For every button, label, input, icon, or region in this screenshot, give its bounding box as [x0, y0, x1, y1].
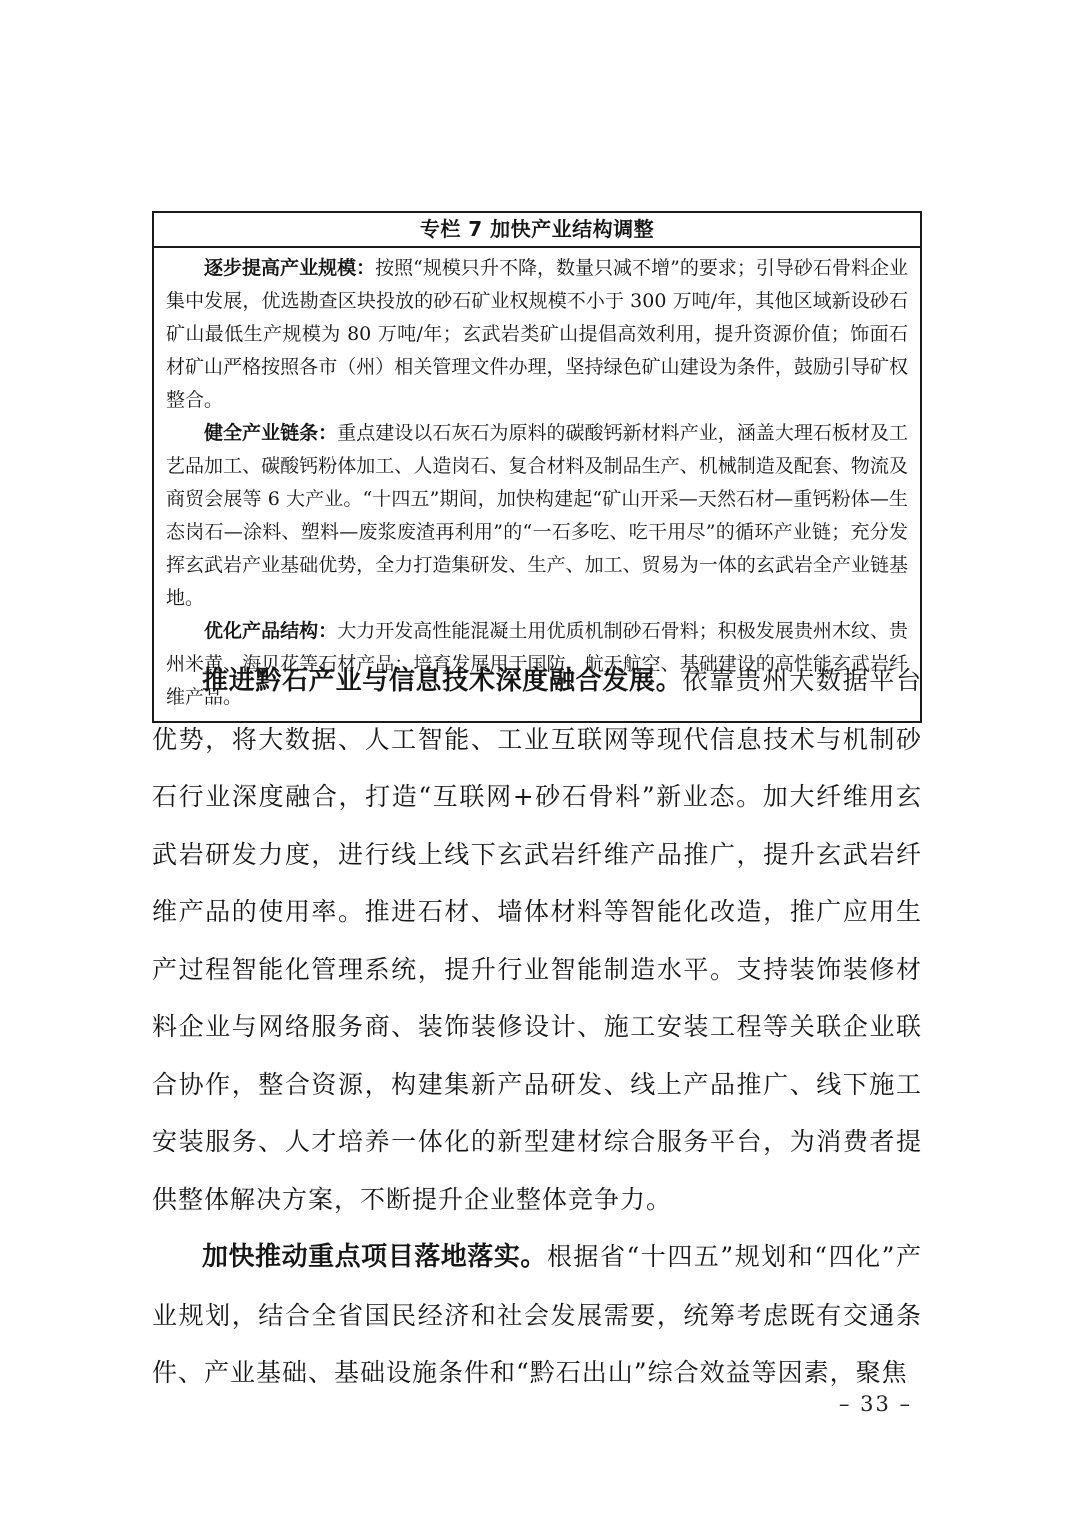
body-paragraph-2-lead: 加快推动重点项目落地落实。	[202, 1242, 547, 1272]
column-box-title: 专栏 7 加快产业结构调整	[154, 213, 920, 248]
body-paragraph-key-projects: 加快推动重点项目落地落实。根据省“十四五”规划和“四化”产业规划，结合全省国民经…	[152, 1228, 922, 1402]
box-paragraph-industry-scale: 逐步提高产业规模：按照“规模只升不降，数量只减不增”的要求；引导砂石骨料企业集中…	[166, 252, 908, 417]
body-paragraph-1-text: 依靠贵州大数据平台优势，将大数据、人工智能、工业互联网等现代信息技术与机制砂石行…	[152, 666, 922, 1214]
body-paragraph-info-tech-fusion: 推进黔石产业与信息技术深度融合发展。依靠贵州大数据平台优势，将大数据、人工智能、…	[152, 652, 922, 1228]
column-7-box: 专栏 7 加快产业结构调整 逐步提高产业规模：按照“规模只升不降，数量只减不增”…	[152, 211, 922, 723]
column-box-body: 逐步提高产业规模：按照“规模只升不降，数量只减不增”的要求；引导砂石骨料企业集中…	[154, 248, 920, 721]
document-page: 专栏 7 加快产业结构调整 逐步提高产业规模：按照“规模只升不降，数量只减不增”…	[0, 0, 1074, 1520]
box-paragraph-2-text: 重点建设以石灰石为原料的碳酸钙新材料产业，涵盖大理石板材及工艺品加工、碳酸钙粉体…	[166, 422, 908, 609]
main-text: 推进黔石产业与信息技术深度融合发展。依靠贵州大数据平台优势，将大数据、人工智能、…	[152, 652, 922, 1402]
box-paragraph-1-text: 按照“规模只升不降，数量只减不增”的要求；引导砂石骨料企业集中发展，优选勘查区块…	[166, 257, 908, 411]
body-paragraph-1-lead: 推进黔石产业与信息技术深度融合发展。	[202, 666, 682, 696]
box-paragraph-3-lead: 优化产品结构：	[204, 620, 337, 642]
box-paragraph-1-lead: 逐步提高产业规模：	[204, 257, 375, 279]
box-paragraph-2-lead: 健全产业链条：	[204, 422, 337, 444]
box-paragraph-industry-chain: 健全产业链条：重点建设以石灰石为原料的碳酸钙新材料产业，涵盖大理石板材及工艺品加…	[166, 417, 908, 615]
page-number: – 33 –	[839, 1392, 912, 1416]
